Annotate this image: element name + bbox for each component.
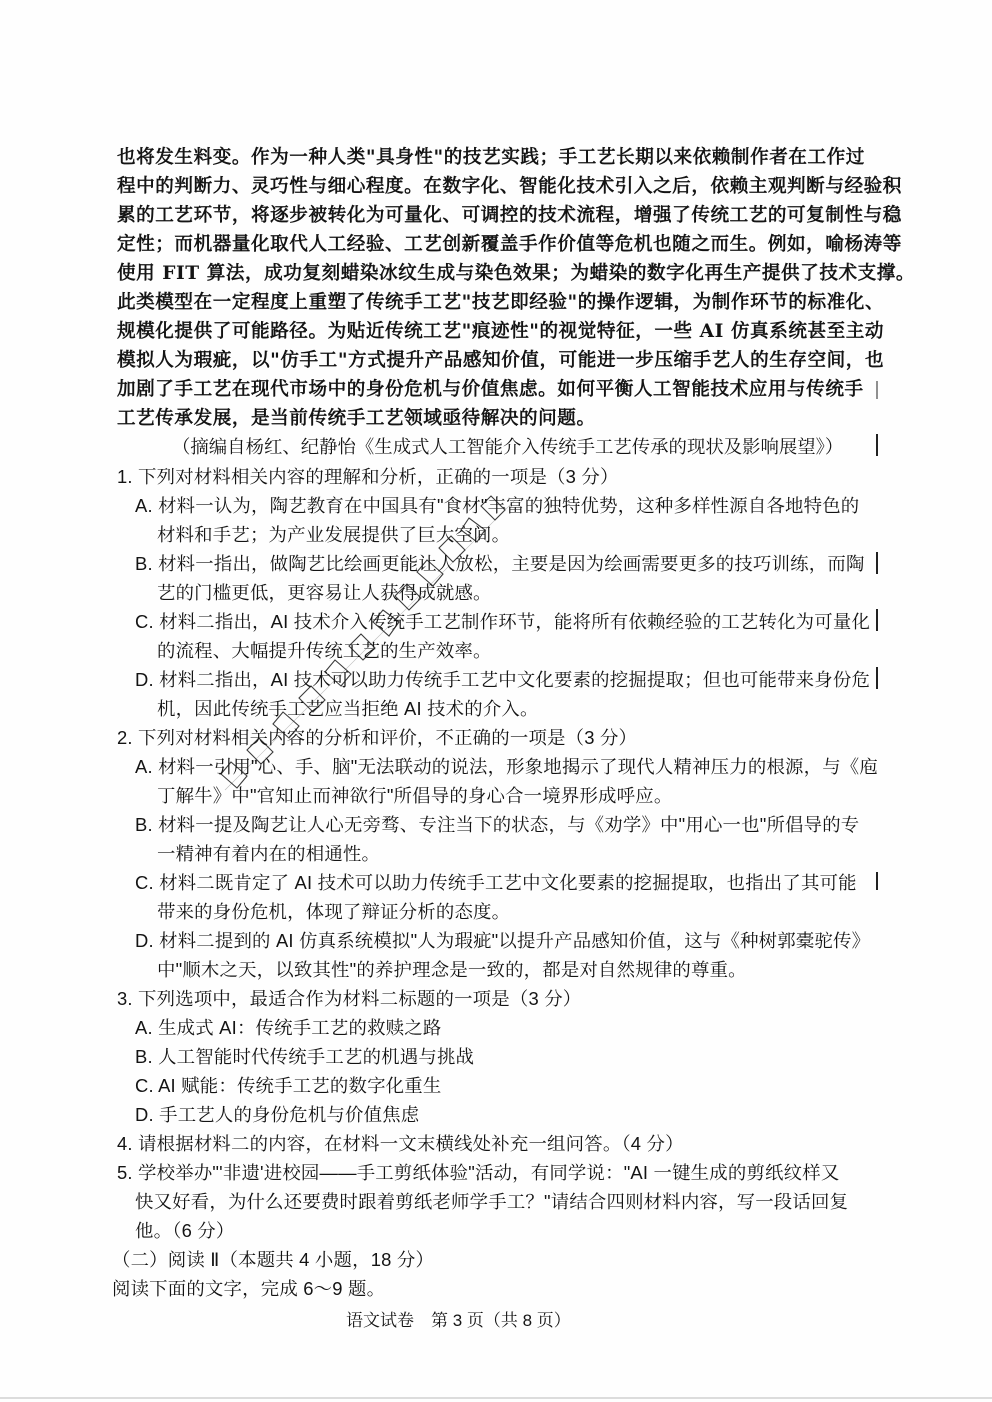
passage-line: 累的工艺环节，将逐步被转化为可量化、可调控的技术流程，增强了传统工艺的可复制性与… xyxy=(117,201,902,227)
option-d: D. 手工艺人的身份危机与价值焦虑 xyxy=(135,1101,419,1127)
margin-mark xyxy=(876,609,878,631)
question-stem: 3. 下列选项中，最适合作为材料二标题的一项是（3 分） xyxy=(117,985,581,1011)
question-stem-cont: 快又好看，为什么还要费时跟着剪纸老师学手工？"请结合四则材料内容，写一段话回复 xyxy=(135,1188,848,1214)
page-footer: 语文试卷 第 3 页（共 8 页） xyxy=(346,1306,571,1331)
option-a: A. 材料一引用"心、手、脑"无法联动的说法，形象地揭示了现代人精神压力的根源，… xyxy=(135,753,878,779)
option-d-cont: 机，因此传统手工艺应当拒绝 AI 技术的介入。 xyxy=(157,695,539,721)
section-heading: （二）阅读 Ⅱ（本题共 4 小题，18 分） xyxy=(112,1246,434,1272)
passage-line: 定性；而机器量化取代人工经验、工艺创新覆盖手作价值等危机也随之而生。例如，喻杨涛… xyxy=(117,230,902,256)
option-b: B. 材料一指出，做陶艺比绘画更能让人放松，主要是因为绘画需要更多的技巧训练，而… xyxy=(135,550,865,576)
question-stem: 4. 请根据材料二的内容，在材料一文末横线处补充一组问答。（4 分） xyxy=(117,1130,684,1156)
option-d-cont: 中"顺木之天，以致其性"的养护理念是一致的，都是对自然规律的尊重。 xyxy=(157,956,747,982)
exam-page: 也将发生料变。作为一种人类"具身性"的技艺实践；手工艺长期以来依赖制作者在工作过… xyxy=(0,0,992,1402)
option-c: C. 材料二指出，AI 技术介入传统手工艺制作环节，能将所有依赖经验的工艺转化为… xyxy=(135,608,870,634)
passage-line: 也将发生料变。作为一种人类"具身性"的技艺实践；手工艺长期以来依赖制作者在工作过 xyxy=(117,143,865,169)
option-c: C. AI 赋能：传统手工艺的数字化重生 xyxy=(135,1072,441,1098)
passage-line: 模拟人为瑕疵，以"仿手工"方式提升产品感知价值，可能进一步压缩手艺人的生存空间，… xyxy=(117,346,884,372)
option-b: B. 人工智能时代传统手工艺的机遇与挑战 xyxy=(135,1043,474,1069)
passage-line: 加剧了手工艺在现代市场中的身份危机与价值焦虑。如何平衡人工智能技术应用与传统手 xyxy=(117,375,864,401)
question-stem: 5. 学校举办"'非遗'进校园——手工剪纸体验"活动，有同学说："AI 一键生成… xyxy=(117,1159,839,1185)
option-a: A. 生成式 AI：传统手工艺的救赎之路 xyxy=(135,1014,441,1040)
margin-mark xyxy=(876,872,878,890)
passage-line: 使用 FIT 算法，成功复刻蜡染冰纹生成与染色效果；为蜡染的数字化再生产提供了技… xyxy=(117,259,915,285)
option-c-cont: 的流程、大幅提升传统工艺的生产效率。 xyxy=(157,637,492,663)
passage-source: （摘编自杨红、纪静怡《生成式人工智能介入传统手工艺传承的现状及影响展望》） xyxy=(172,433,843,459)
page-bottom-edge xyxy=(0,1397,992,1399)
passage-line: 规模化提供了可能路径。为贴近传统工艺"痕迹性"的视觉特征，一些 AI 仿真系统甚… xyxy=(117,317,884,343)
option-d: D. 材料二提到的 AI 仿真系统模拟"人为瑕疵"以提升产品感知价值，这与《种树… xyxy=(135,927,870,953)
margin-mark xyxy=(876,381,878,399)
margin-mark xyxy=(876,667,878,689)
passage-line: 此类模型在一定程度上重塑了传统手工艺"技艺即经验"的操作逻辑，为制作环节的标准化… xyxy=(117,288,884,314)
question-stem-cont: 他。（6 分） xyxy=(135,1217,235,1243)
option-b: B. 材料一提及陶艺让人心无旁骛、专注当下的状态，与《劝学》中"用心一也"所倡导… xyxy=(135,811,859,837)
question-stem: 1. 下列对材料相关内容的理解和分析，正确的一项是（3 分） xyxy=(117,463,619,489)
option-d: D. 材料二指出，AI 技术可以助力传统手工艺中文化要素的挖掘提取；但也可能带来… xyxy=(135,666,870,692)
passage-line: 工艺传承发展，是当前传统手工艺领域亟待解决的问题。 xyxy=(117,404,596,430)
margin-mark xyxy=(876,552,878,574)
option-a-cont: 丁解牛》中"官知止而神欲行"所倡导的身心合一境界形成呼应。 xyxy=(157,782,672,808)
passage-line: 程中的判断力、灵巧性与细心程度。在数字化、智能化技术引入之后，依赖主观判断与经验… xyxy=(117,172,902,198)
option-c-cont: 带来的身份危机，体现了辩证分析的态度。 xyxy=(157,898,510,924)
option-a-cont: 材料和手艺；为产业发展提供了巨大空间。 xyxy=(157,521,510,547)
margin-mark xyxy=(876,434,878,456)
option-a: A. 材料一认为，陶艺教育在中国具有"食材"丰富的独特优势，这种多样性源自各地特… xyxy=(135,492,859,518)
option-b-cont: 艺的门槛更低，更容易让人获得成就感。 xyxy=(157,579,492,605)
option-b-cont: 一精神有着内在的相通性。 xyxy=(157,840,380,866)
question-stem: 2. 下列对材料相关内容的分析和评价，不正确的一项是（3 分） xyxy=(117,724,637,750)
option-c: C. 材料二既肯定了 AI 技术可以助力传统手工艺中文化要素的挖掘提取，也指出了… xyxy=(135,869,857,895)
section-instruction: 阅读下面的文字，完成 6～9 题。 xyxy=(112,1275,385,1301)
